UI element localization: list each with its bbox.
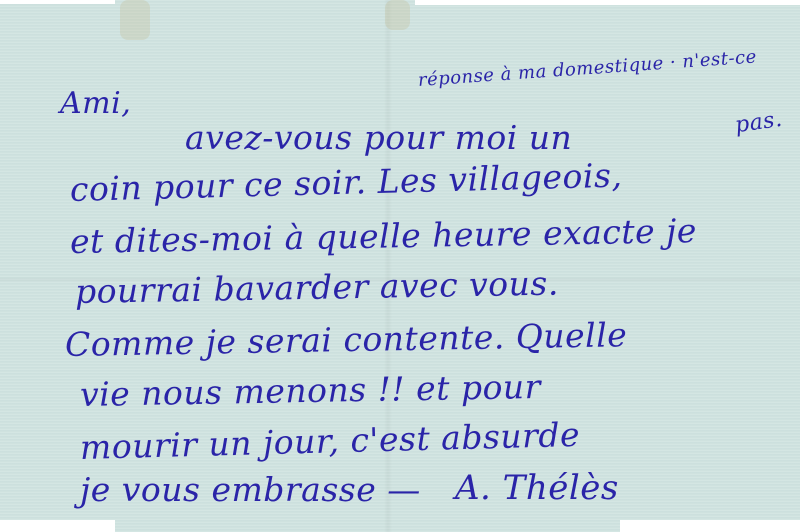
signature: A. Thélès	[455, 468, 619, 508]
salutation: Ami,	[60, 86, 131, 121]
paper-stain	[120, 0, 150, 40]
paper-stain	[385, 0, 410, 30]
paper-edge-bottom	[0, 520, 115, 532]
letter-paper: réponse à ma domestique · n'est-ce pas. …	[0, 0, 800, 532]
letter-line-6: vie nous menons !! et pour	[80, 367, 542, 414]
letter-line-8: je vous embrasse —	[80, 470, 421, 509]
letter-line-3: et dites-moi à quelle heure exacte je	[70, 211, 697, 261]
paper-edge-bottom	[620, 520, 800, 532]
paper-edge-notch	[0, 0, 115, 4]
letter-line-4: pourrai bavarder avec vous.	[75, 264, 559, 311]
letter-line-2: coin pour ce soir. Les villageois,	[69, 156, 622, 209]
letter-line-7: mourir un jour, c'est absurde	[79, 415, 580, 467]
paper-edge-notch	[415, 0, 800, 5]
letter-line-5: Comme je serai contente. Quelle	[65, 315, 628, 364]
marginal-note: réponse à ma domestique · n'est-ce	[417, 46, 757, 91]
letter-line-1: avez-vous pour moi un	[185, 118, 572, 157]
marginal-note-continuation: pas.	[733, 107, 784, 138]
